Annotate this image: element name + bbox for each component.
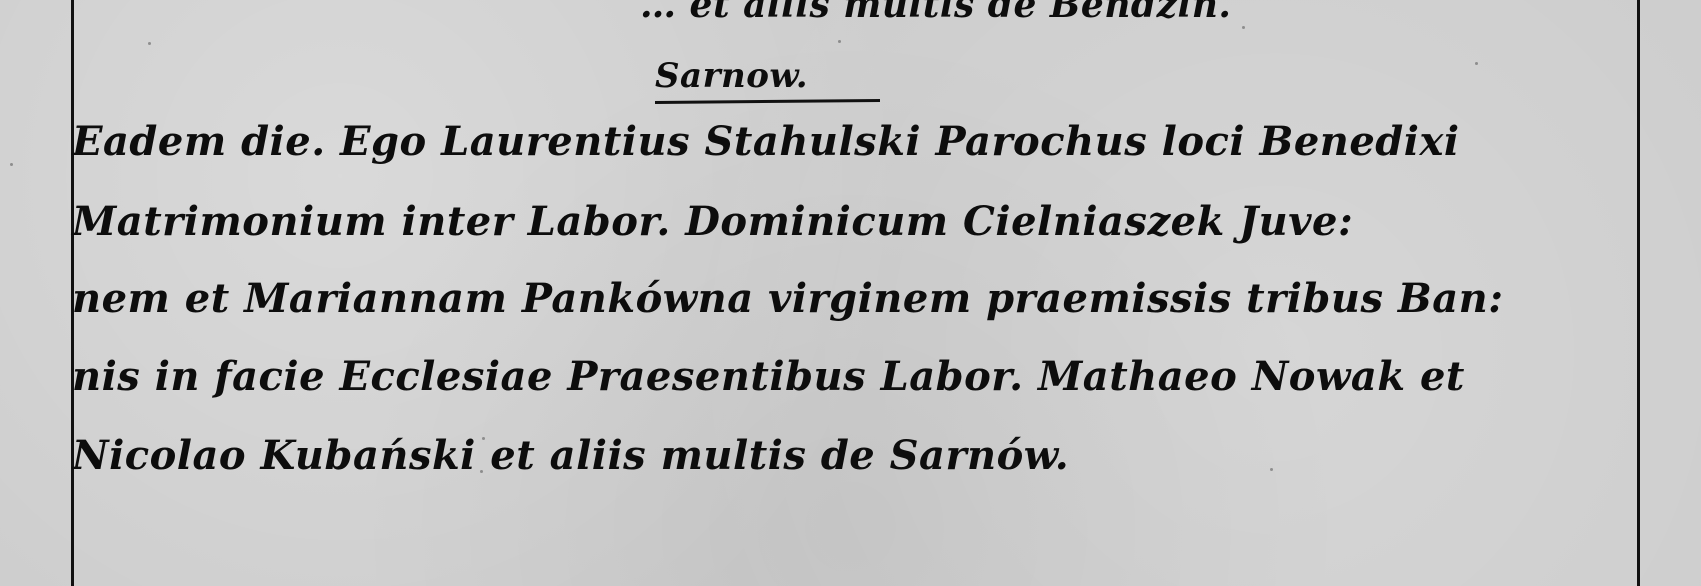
heading-underline <box>655 99 880 104</box>
entry-line-1: Eadem die. Ego Laurentius Stahulski Paro… <box>72 118 1460 165</box>
right-margin-rule <box>1637 0 1640 586</box>
entry-line-5: Nicolao Kubański et aliis multis de Sarn… <box>72 432 1069 479</box>
paper-speck <box>10 163 13 166</box>
entry-line-3: nem et Mariannam Pankówna virginem praem… <box>72 275 1504 322</box>
previous-entry-fragment: … et aliis multis de Bendzin. <box>640 0 1231 26</box>
paper-speck <box>1242 26 1245 29</box>
entry-line-4: nis in facie Ecclesiae Praesentibus Labo… <box>72 353 1465 400</box>
paper-speck <box>838 40 841 43</box>
entry-heading: Sarnow. <box>655 56 808 96</box>
entry-line-2: Matrimonium inter Labor. Dominicum Cieln… <box>72 198 1353 245</box>
paper-speck <box>1270 468 1273 471</box>
paper-speck <box>148 42 151 45</box>
paper-speck <box>1475 62 1478 65</box>
register-page: … et aliis multis de Bendzin. Sarnow. Ea… <box>0 0 1701 586</box>
